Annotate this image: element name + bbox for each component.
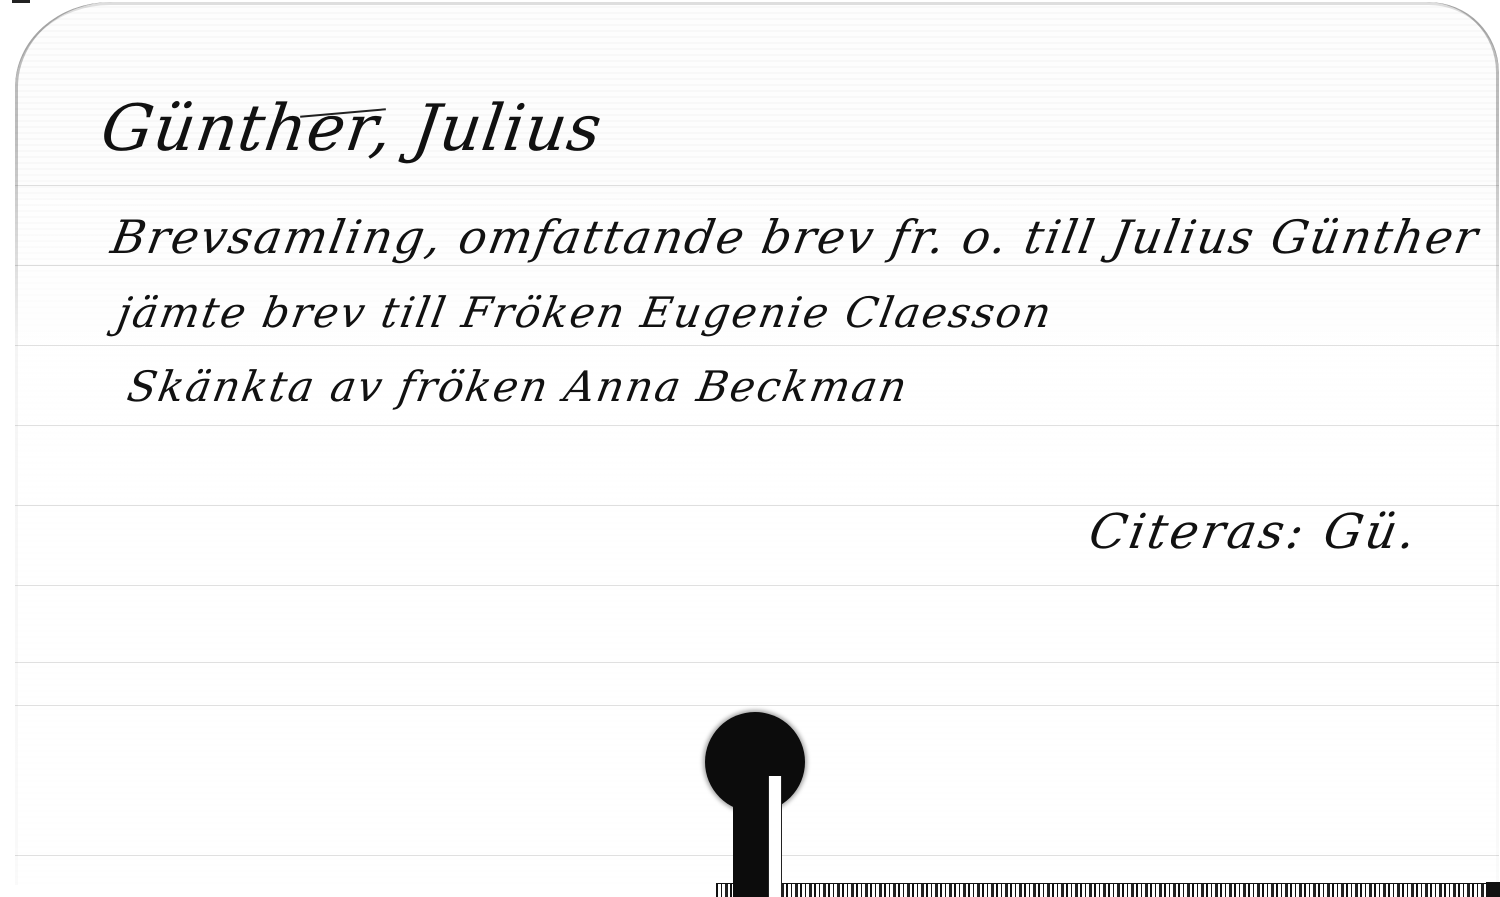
ruled-line: [15, 662, 1499, 663]
card-body-line-2: jämte brev till Fröken Eugenie Claesson: [114, 288, 1057, 337]
scan-bottom-margin: [0, 885, 716, 897]
ruled-line: [15, 705, 1499, 706]
ruled-line: [15, 265, 1499, 266]
card-heading: Günther, Julius: [97, 92, 607, 166]
scan-edge-mark: [12, 0, 30, 3]
card-body-line-3: Skänkta av fröken Anna Beckman: [124, 362, 913, 411]
ruled-line: [15, 425, 1499, 426]
scan-ruler-ticks: [716, 884, 1500, 897]
ruled-line: [15, 345, 1499, 346]
ruled-line: [15, 585, 1499, 586]
ruled-line: [15, 185, 1499, 186]
card-body-line-1: Brevsamling, omfattande brev fr. o. till…: [107, 210, 1484, 264]
card-rod: [769, 776, 781, 897]
citation-note: Citeras: Gü.: [1085, 504, 1423, 560]
scan-ruler-end: [1486, 882, 1500, 897]
